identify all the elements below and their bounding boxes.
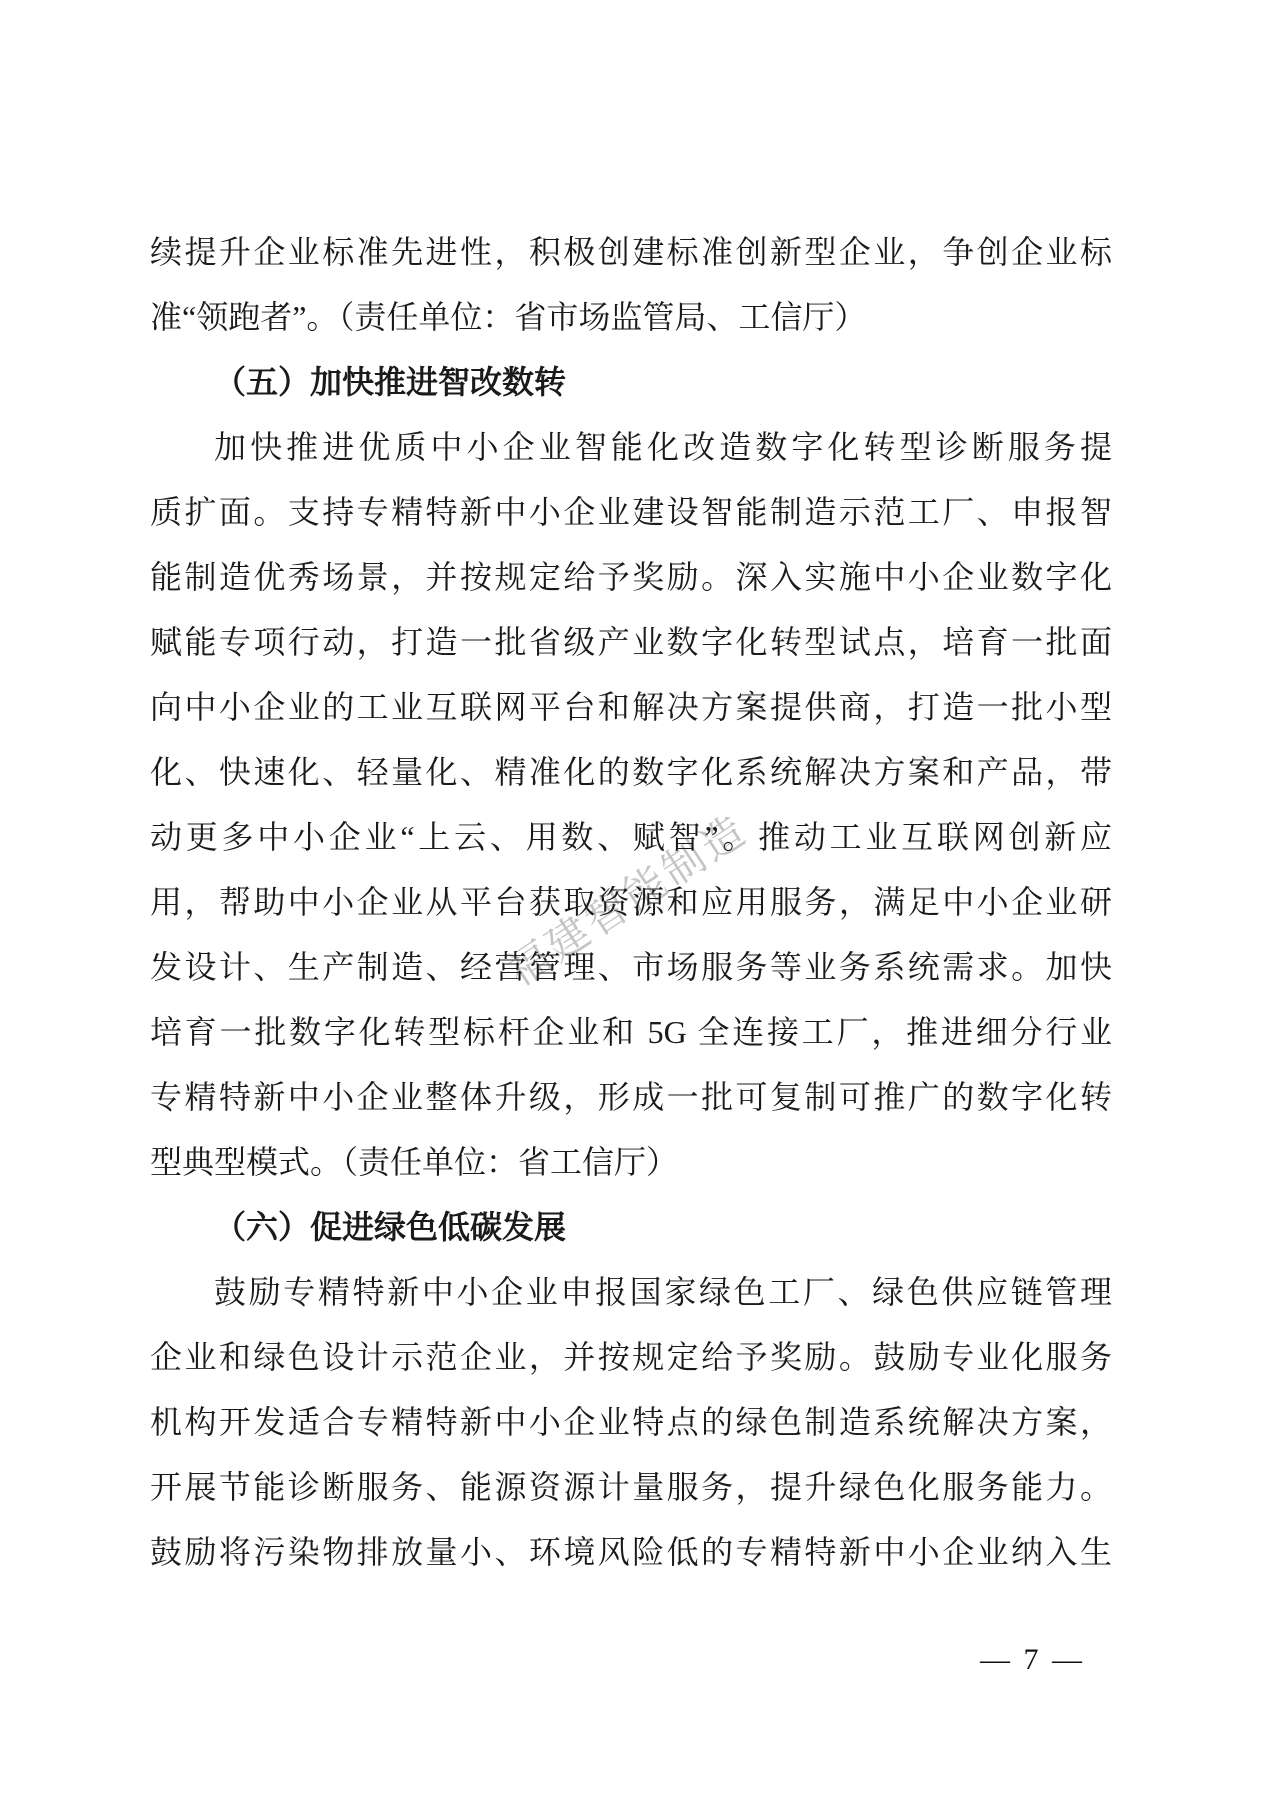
document-page: 福建智能制造 续提升企业标准先进性，积极创建标准创新型企业，争创企业标准“领跑者…: [0, 0, 1280, 1810]
text-line: 能制造优秀场景，并按规定给予奖励。深入实施中小企业数字化: [150, 545, 1112, 610]
document-body: 续提升企业标准先进性，积极创建标准创新型企业，争创企业标准“领跑者”。（责任单位…: [150, 220, 1112, 1585]
text-line: 型典型模式。（责任单位：省工信厅）: [150, 1130, 1112, 1195]
text-line: 专精特新中小企业整体升级，形成一批可复制可推广的数字化转: [150, 1065, 1112, 1130]
text-line: 准“领跑者”。（责任单位：省市场监管局、工信厅）: [150, 285, 1112, 350]
text-line: 鼓励将污染物排放量小、环境风险低的专精特新中小企业纳入生: [150, 1520, 1112, 1585]
text-line: 加快推进优质中小企业智能化改造数字化转型诊断服务提: [150, 415, 1112, 480]
text-line: 向中小企业的工业互联网平台和解决方案提供商，打造一批小型: [150, 675, 1112, 740]
text-line: 用，帮助中小企业从平台获取资源和应用服务，满足中小企业研: [150, 870, 1112, 935]
page-number: — 7 —: [980, 1643, 1085, 1677]
text-line: 质扩面。支持专精特新中小企业建设智能制造示范工厂、申报智: [150, 480, 1112, 545]
text-line: 赋能专项行动，打造一批省级产业数字化转型试点，培育一批面: [150, 610, 1112, 675]
text-line: 发设计、生产制造、经营管理、市场服务等业务系统需求。加快: [150, 935, 1112, 1000]
section-heading: （五）加快推进智改数转: [150, 350, 1112, 415]
text-line: 鼓励专精特新中小企业申报国家绿色工厂、绿色供应链管理: [150, 1260, 1112, 1325]
text-line: 开展节能诊断服务、能源资源计量服务，提升绿色化服务能力。: [150, 1455, 1112, 1520]
text-line: 续提升企业标准先进性，积极创建标准创新型企业，争创企业标: [150, 220, 1112, 285]
text-line: 动更多中小企业“上云、用数、赋智”。推动工业互联网创新应: [150, 805, 1112, 870]
text-line: 化、快速化、轻量化、精准化的数字化系统解决方案和产品，带: [150, 740, 1112, 805]
text-line: 培育一批数字化转型标杆企业和 5G 全连接工厂，推进细分行业: [150, 1000, 1112, 1065]
text-line: 机构开发适合专精特新中小企业特点的绿色制造系统解决方案，: [150, 1390, 1112, 1455]
text-line: 企业和绿色设计示范企业，并按规定给予奖励。鼓励专业化服务: [150, 1325, 1112, 1390]
section-heading: （六）促进绿色低碳发展: [150, 1195, 1112, 1260]
